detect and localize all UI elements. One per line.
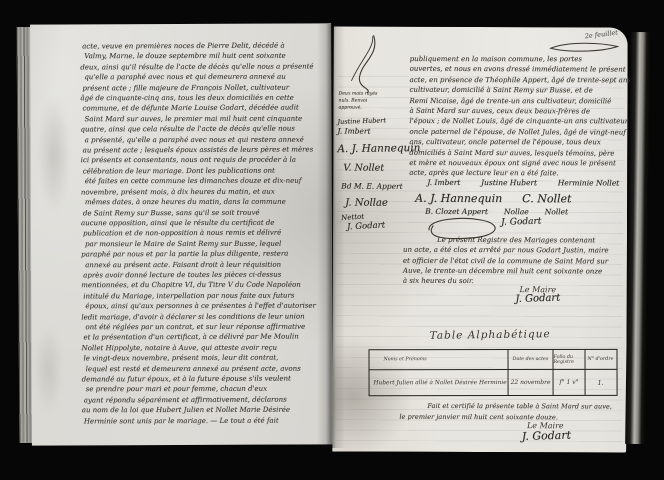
table-header-cell: Folio du Registre — [553, 350, 585, 369]
manuscript-line: Auve, le trente-un décembre mil huit cen… — [403, 266, 621, 277]
manuscript-line: l'époux ; de Nollet Louis, âgé de cinqua… — [409, 116, 623, 127]
manuscript-line: lequel est resté et demeurera annexé au … — [86, 363, 330, 374]
manuscript-line: Saint Mard sur auves, le premier mai mil… — [84, 113, 328, 124]
register-closure-text: Le présent Registre des Mariages contena… — [403, 235, 621, 287]
manuscript-line: et officier de l'état civil de la commun… — [403, 255, 621, 266]
right-page: 2e feuillet Deux mots rayésnuls. Renvoia… — [332, 26, 627, 452]
table-cell-name: Hubert Julien allié à Nollet Désirée Her… — [370, 370, 509, 395]
manuscript-line: Herminie sont unis par le mariage. — Le … — [84, 415, 330, 426]
margin-signatures: Justine HubertJ. ImbertA. J. HannequinV.… — [337, 117, 413, 231]
manuscript-line: acte, en présence de Théophile Appert, â… — [410, 75, 624, 86]
table-title: Table Alphabétique — [373, 327, 608, 342]
manuscript-line: ouvertes, et nous en avons dressé immédi… — [410, 64, 624, 75]
signature: Herminie Nollet — [558, 178, 619, 187]
ink-bleedthrough — [36, 94, 71, 214]
manuscript-line: annexé au présent acte. Faisant droit à … — [85, 259, 329, 270]
manuscript-line: aucune opposition, ainsi que le résulte … — [81, 218, 329, 229]
margin-signature: Justine Hubert — [337, 115, 413, 125]
signature: Nollet — [545, 207, 568, 216]
manuscript-line: au nom de la loi que Hubert Julien et No… — [82, 405, 330, 416]
signature: Justine Hubert — [481, 178, 537, 187]
manuscript-line: paraphé par nous et par la partie la plu… — [81, 248, 329, 259]
manuscript-line: un acte, a été clos et arrêté par nous G… — [403, 245, 621, 256]
corner-flourish — [548, 39, 622, 55]
margin-note-line: approuvé. — [338, 105, 410, 112]
margin-note: Deux mots rayésnuls. Renvoiapprouvé. — [338, 91, 410, 112]
mayor-signature: J. Godart — [484, 427, 608, 444]
manuscript-line: ans, cultivateur, oncle paternel de l'ép… — [409, 137, 623, 148]
manuscript-line: le vingt-deux novembre, présent mois, le… — [84, 353, 330, 364]
margin-signature: J. Godart — [347, 219, 413, 232]
manuscript-line: domiciliés à Saint Mard sur auves, lesqu… — [409, 147, 623, 158]
certification-text: Fait et certifié la présente table à Sai… — [387, 401, 612, 423]
page-stack-edge-right — [625, 32, 651, 444]
manuscript-line: ont été réglées par un contrat, et sur l… — [85, 322, 329, 333]
margin-paraph-flourish — [346, 33, 382, 95]
table-cell-date: 22 novembre — [509, 370, 554, 395]
table-cell-folio: f° 1 v° — [554, 370, 586, 395]
signature-row: A. J. Hannequin C. Nollet — [409, 192, 623, 208]
table-cell-order: 1. — [586, 370, 616, 395]
manuscript-line: Le présent Registre des Mariages contena… — [403, 235, 621, 246]
act-signature: J. Godart — [501, 217, 542, 228]
manuscript-line: par monsieur le Maire de Saint Remy sur … — [85, 238, 329, 249]
margin-signature: V. Nollet — [343, 163, 413, 174]
margin-signature: J. Imbert — [337, 127, 413, 136]
table-header-row: Noms et PrénomsDate des actesFolio du Re… — [369, 350, 616, 370]
signature: C. Nollet — [522, 192, 571, 205]
manuscript-line: qu'elle a paraphé avec nous et qui demeu… — [84, 72, 328, 83]
manuscript-line: Fait et certifié la présente table à Sai… — [427, 401, 612, 412]
manuscript-line: de Saint Remy sur Busse, sans qu'il se s… — [83, 207, 329, 218]
table-header-cell: Date des actes — [508, 350, 553, 369]
manuscript-line: âgé de cinquante-cinq ans, tous les deux… — [80, 93, 328, 104]
signature: J. Imbert — [427, 178, 460, 187]
manuscript-line: publication et de non-opposition à nous … — [83, 228, 329, 239]
signature: A. J. Hannequin — [415, 192, 502, 205]
manuscript-line: époux, ainsi qu'aux personnes à ce prése… — [85, 301, 329, 312]
manuscript-line: et mère et nouveaux époux ont signé avec… — [409, 158, 623, 169]
alphabetical-table: Noms et PrénomsDate des actesFolio du Re… — [368, 349, 617, 396]
manuscript-line: Nollet Hippolyte, notaire à Auve, qui at… — [81, 342, 329, 353]
manuscript-line: été faites en cette commune les dimanche… — [85, 176, 329, 187]
manuscript-line: et la présentation d'un certificat, à ce… — [83, 332, 329, 343]
margin-signature: A. J. Hannequin — [337, 142, 413, 155]
scanned-register-spread: acte, veuve en premières noces de Pierre… — [0, 0, 664, 480]
manuscript-line: publiquement en la maison commune, les p… — [410, 54, 624, 65]
left-page: acte, veuve en premières noces de Pierre… — [30, 23, 333, 445]
margin-signature: Bd M. E. Appert — [341, 182, 413, 191]
signature-row: J. Imbert Justine Hubert Herminie Nollet — [409, 178, 623, 193]
manuscript-line: Remi Nicaise, âgé de trente-un ans culti… — [409, 96, 623, 107]
act-body-text: publiquement en la maison commune, les p… — [409, 54, 623, 180]
manuscript-line: a présenté, qu'elle a paraphé avec nous … — [85, 134, 329, 145]
manuscript-line: mentionnées, et du Chapitre VI, du Titre… — [81, 280, 329, 291]
manuscript-line: mêmes dates, à onze heures du matin, dan… — [85, 197, 329, 208]
mayor-signature: J. Godart — [483, 291, 593, 305]
table-header-cell: Noms et Prénoms — [369, 350, 508, 369]
table-header-cell: N° d'ordre — [585, 350, 615, 369]
margin-column: Deux mots rayésnuls. Renvoiapprouvé. Jus… — [333, 32, 412, 282]
manuscript-line: se prendre pour mari et pour femme, chac… — [86, 384, 330, 395]
ink-bleedthrough — [33, 325, 63, 415]
manuscript-text-block: acte, veuve en premières noces de Pierre… — [82, 40, 330, 426]
manuscript-line: ledit mariage, d'avoir à déclarer si les… — [81, 311, 329, 322]
manuscript-line: cultivateur, domicilié à Saint Remy sur … — [410, 85, 624, 96]
manuscript-line: quatre, ainsi que cela résulte de l'acte… — [81, 124, 329, 135]
margin-signature: J. Nollae — [345, 198, 413, 209]
table-row: Hubert Julien allié à Nollet Désirée Her… — [370, 370, 617, 395]
manuscript-line: ici présents et consentants, nous ont re… — [81, 155, 329, 166]
manuscript-line: Valmy, Marne, le douze septembre mil hui… — [84, 51, 328, 62]
manuscript-line: commune, et de défunte Marie Louise Goda… — [82, 103, 328, 114]
